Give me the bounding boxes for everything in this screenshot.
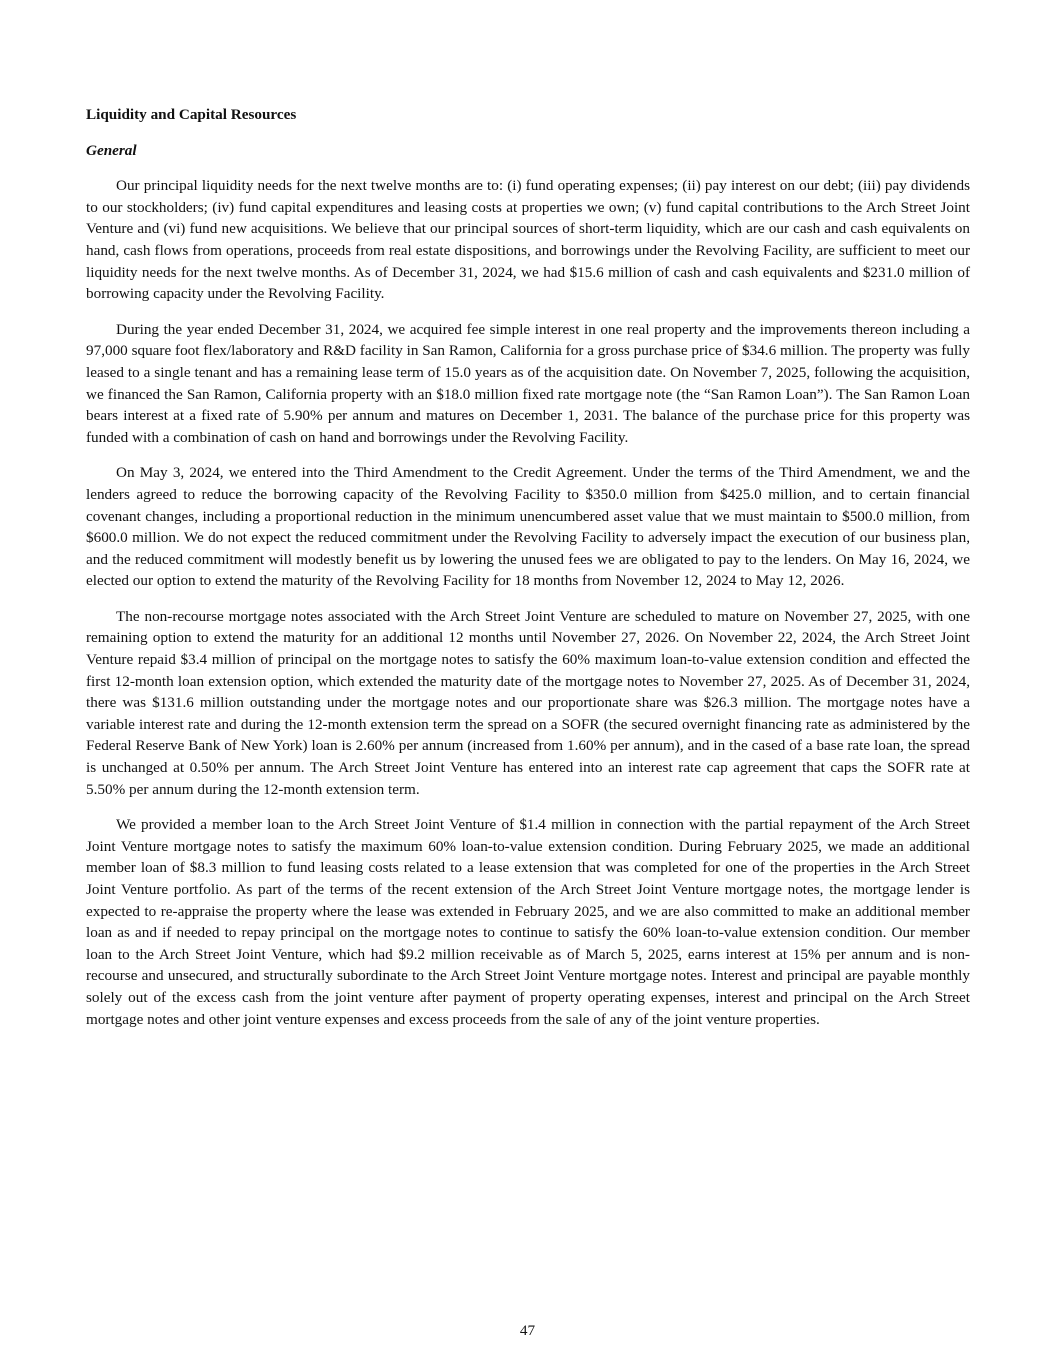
paragraph-san-ramon-acquisition: During the year ended December 31, 2024,… [86, 319, 970, 449]
paragraph-liquidity-needs: Our principal liquidity needs for the ne… [86, 175, 970, 305]
paragraph-member-loan: We provided a member loan to the Arch St… [86, 814, 970, 1030]
document-page: Liquidity and Capital Resources General … [86, 104, 970, 1044]
paragraph-third-amendment: On May 3, 2024, we entered into the Thir… [86, 462, 970, 592]
section-subheading: General [86, 140, 970, 162]
page-number: 47 [0, 1322, 1055, 1340]
paragraph-arch-street-mortgage: The non-recourse mortgage notes associat… [86, 606, 970, 800]
section-heading: Liquidity and Capital Resources [86, 104, 970, 126]
